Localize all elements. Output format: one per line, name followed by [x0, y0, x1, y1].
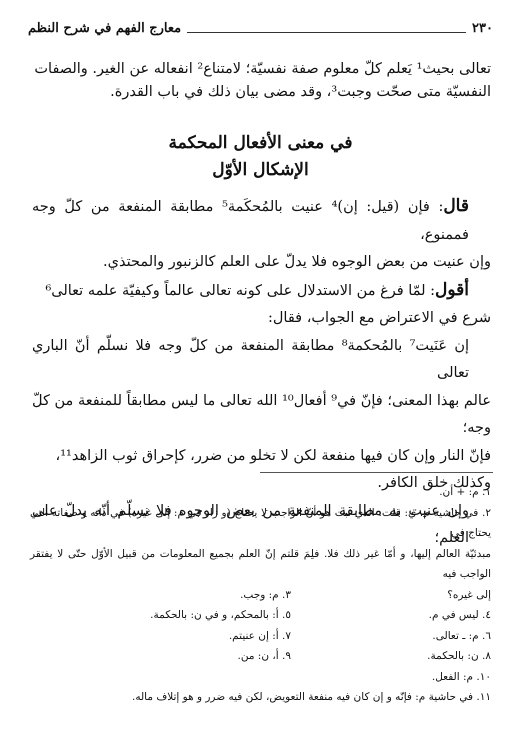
footnote-row: إلى غيره؟ ٣. م: وجب. [30, 585, 491, 606]
page-number: ٢٣٠ [472, 21, 493, 36]
footnotes: ١. م: + أن. ٢. في حاشية م، ي: قلت: الذي … [30, 482, 491, 708]
intro-paragraph: تعالى بحيث¹ يَعلم كلّ معلوم صفة نفسيّة؛ … [32, 58, 491, 104]
book-title: معارج الفهم في شرح النظم [28, 21, 181, 36]
qal-label: قال [443, 196, 469, 216]
footnote-11: ١١. في حاشية م: فإنّه و إن كان فيه منفعة… [30, 687, 491, 708]
footnote-2-cont: مبدئيّة العالم إليها، و أمّا غير ذلك فلا… [30, 544, 491, 585]
footnote-8: ٨. ن: بالحكمة. [291, 646, 491, 667]
body-line: عالم بهذا المعنى؛ فإنّ في⁹ أفعال¹⁰ الله … [32, 388, 491, 443]
footnote-3: ٣. م: وجب. [91, 585, 291, 606]
footnote-6: ٦. م: ـ تعالى. [291, 626, 491, 647]
aqul-label: أقول [435, 280, 469, 300]
aqul-paragraph: أقول: لمّا فرغ من الاستدلال على كونه تعا… [32, 277, 491, 306]
footnote-7: ٧. أ: إن عنيتم. [91, 626, 291, 647]
footnote-2: ٢. في حاشية م، ي: قلت: الذي ثبت هو أنّ ا… [30, 503, 491, 544]
body-line: فإنّ النار وإن كان فيها منفعة لكن لا تخل… [32, 443, 491, 471]
body-line: إن عَنَيت⁷ بالمُحكمة⁸ مطابقة المنفعة من … [32, 333, 491, 388]
footnote-2-end: إلى غيره؟ [291, 585, 491, 606]
qal-text: : فإن (قيل: إن)⁴ عنيت بالمُحكَمة⁵ مطابقة… [32, 199, 469, 243]
section-subtitle: الإشكال الأوّل [0, 157, 521, 184]
aqul-text: : لمّا فرغ من الاستدلال على كونه تعالى ع… [45, 283, 435, 299]
aqul-continuation: شرع في الاعتراض مع الجواب، فقال: [32, 305, 491, 333]
footnote-4: ٤. ليس في م. [291, 605, 491, 626]
header-rule [187, 32, 466, 33]
footnote-1: ١. م: + أن. [30, 482, 491, 503]
footnote-5: ٥. أ: بالمحكم، و في ن: بالحكمة. [91, 605, 291, 626]
qal-paragraph: قال: فإن (قيل: إن)⁴ عنيت بالمُحكَمة⁵ مطا… [32, 193, 491, 249]
document-page: ٢٣٠ معارج الفهم في شرح النظم تعالى بحيث¹… [0, 0, 521, 738]
footnote-row: ٦. م: ـ تعالى. ٧. أ: إن عنيتم. [30, 626, 491, 647]
footnote-row: ٨. ن: بالحكمة. ٩. أ، ن: من. [30, 646, 491, 667]
intro-line: تعالى بحيث¹ يَعلم كلّ معلوم صفة نفسيّة؛ … [32, 58, 491, 81]
footnote-separator [260, 472, 493, 473]
section-headings: في معنى الأفعال المحكمة الإشكال الأوّل [0, 130, 521, 184]
footnote-10: ١٠. م: الفعل. [30, 667, 491, 688]
intro-line: النفسيّة متى صحّت وجبت³، وقد مضى بيان ذل… [32, 81, 491, 104]
section-title: في معنى الأفعال المحكمة [0, 130, 521, 157]
running-head: ٢٣٠ معارج الفهم في شرح النظم [28, 18, 493, 38]
qal-continuation: وإن عنيت من بعض الوجوه فلا يدلّ على العل… [32, 249, 491, 277]
footnote-9: ٩. أ، ن: من. [91, 646, 291, 667]
footnote-row: ٤. ليس في م. ٥. أ: بالمحكم، و في ن: بالح… [30, 605, 491, 626]
